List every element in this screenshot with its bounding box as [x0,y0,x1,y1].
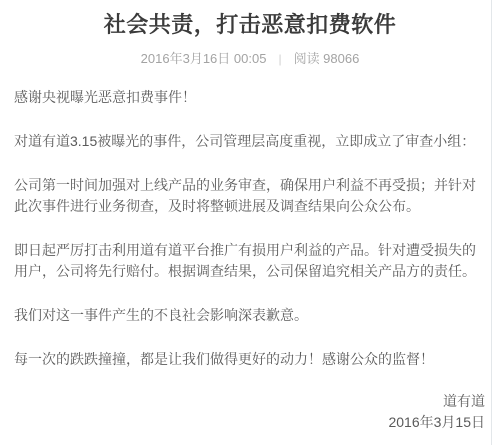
signature-name: 道有道 [14,391,485,412]
article-paragraph: 即日起严厉打击利用道有道平台推广有损用户利益的产品。针对遭受损失的用户，公司将先… [14,240,485,282]
article-paragraph: 我们对这一事件产生的不良社会影响深表歉意。 [14,305,485,326]
article-paragraph: 对道有道3.15被曝光的事件，公司管理层高度重视，立即成立了审查小组： [14,131,485,152]
page-right-border [491,0,492,445]
article-paragraph: 公司第一时间加强对上线产品的业务审查，确保用户利益不再受损；并针对此次事件进行业… [14,175,485,217]
signature-block: 道有道 2016年3月15日 [0,391,500,433]
article-page: 社会共责，打击恶意扣费软件 2016年3月16日 00:05 | 阅读 9806… [0,0,500,445]
article-body: 感谢央视曝光恶意扣费事件！ 对道有道3.15被曝光的事件，公司管理层高度重视，立… [0,87,500,370]
article-title: 社会共责，打击恶意扣费软件 [0,0,500,39]
article-paragraph: 感谢央视曝光恶意扣费事件！ [14,87,485,108]
signature-date: 2016年3月15日 [14,412,485,433]
publish-datetime: 2016年3月16日 00:05 [141,51,267,67]
article-paragraph: 每一次的跌跌撞撞，都是让我们做得更好的动力！感谢公众的监督！ [14,349,485,370]
meta-separator: | [278,51,281,67]
article-meta: 2016年3月16日 00:05 | 阅读 98066 [0,51,500,67]
read-count: 阅读 98066 [294,51,360,67]
